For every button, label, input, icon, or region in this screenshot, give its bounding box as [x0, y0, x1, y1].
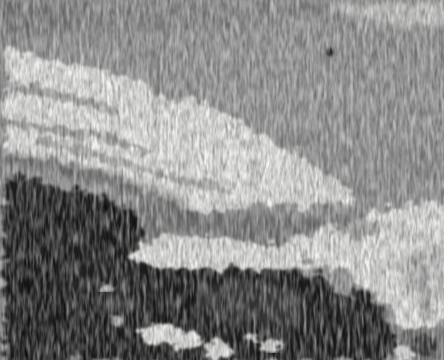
- grain-light-overlay: [0, 0, 444, 360]
- photo-svg: [0, 0, 444, 360]
- grain-layer: [0, 0, 444, 360]
- photograph: Dense white smoke plumes sweep diagonall…: [0, 0, 444, 360]
